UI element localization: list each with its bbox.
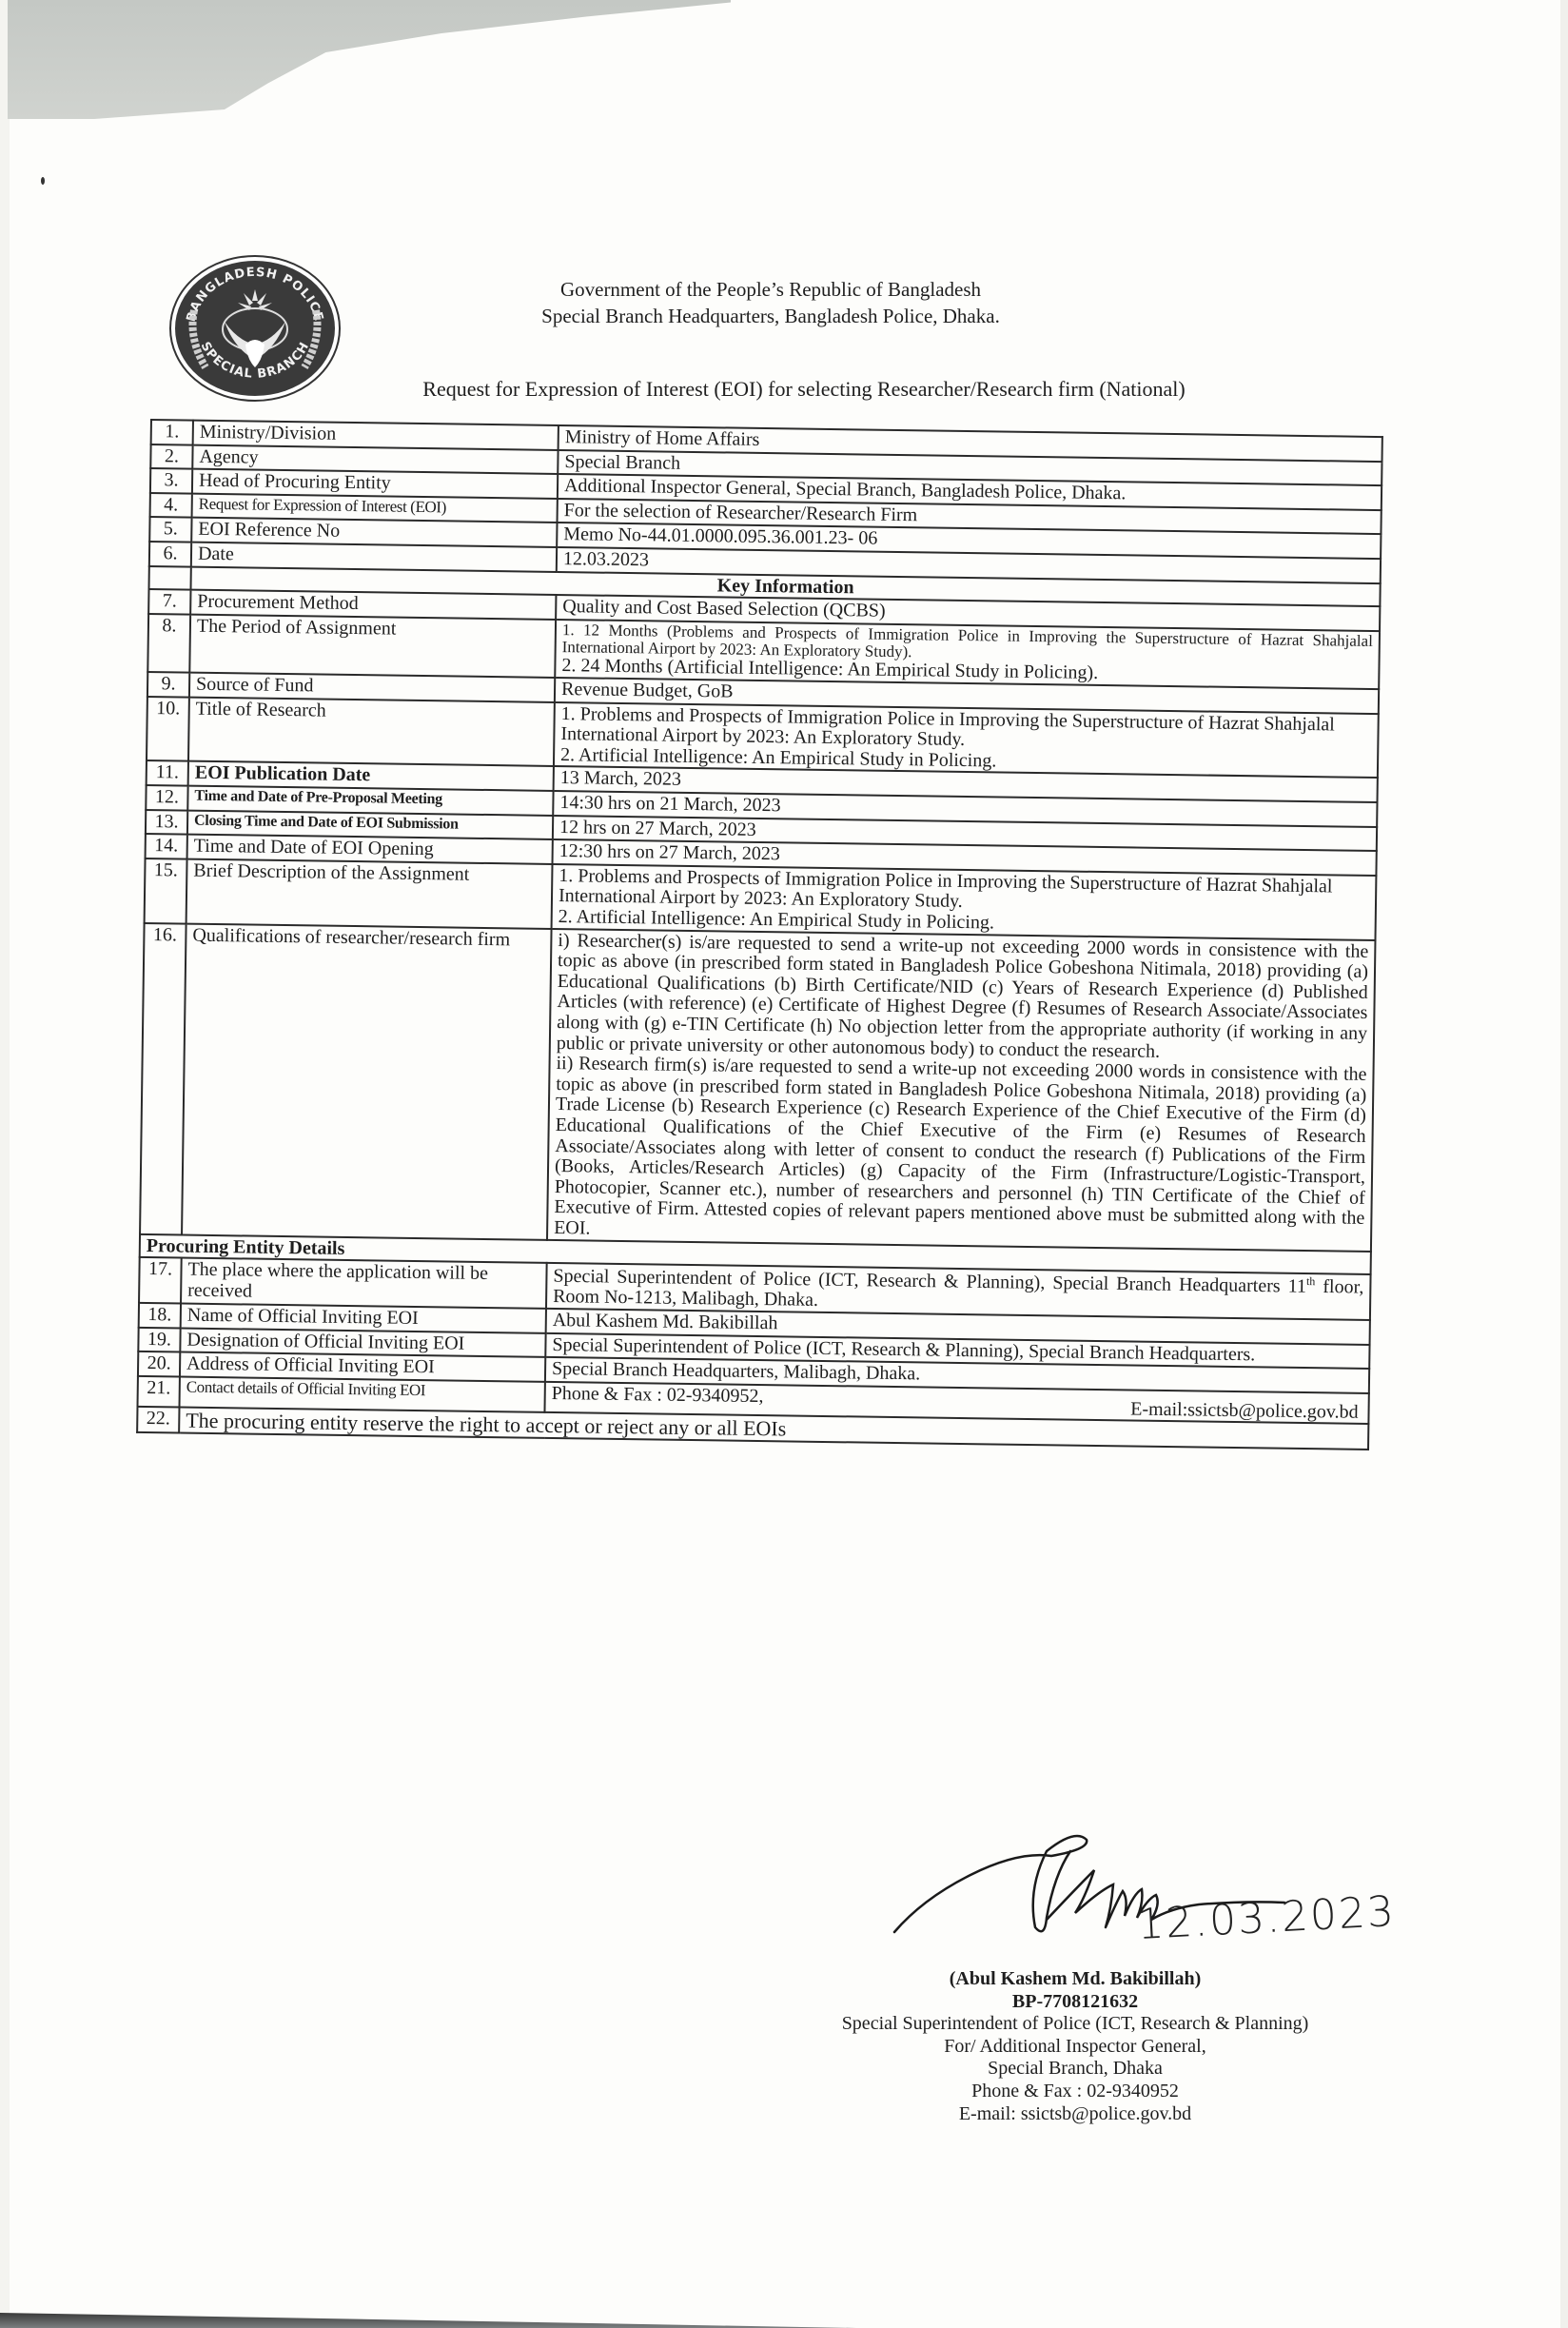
header-office: Special Branch Headquarters, Bangladesh …	[343, 305, 1199, 328]
row-number: 3.	[150, 468, 192, 493]
row-number: 15.	[145, 858, 187, 923]
firm-qualifications: ii) Research firm(s) is/are requested to…	[554, 1054, 1367, 1250]
scan-shadow-top	[8, 0, 731, 119]
row-label: Brief Description of the Assignment	[186, 858, 553, 928]
row-label: The Period of Assignment	[189, 614, 556, 678]
row-number: 19.	[138, 1327, 180, 1351]
row-number: 8.	[147, 614, 190, 673]
row-number: 11.	[147, 760, 188, 785]
signatory-bp-number: BP-7708121632	[723, 1991, 1427, 2014]
row-number: 18.	[139, 1303, 181, 1328]
signatory-phone: Phone & Fax : 02-9340952	[723, 2081, 1427, 2103]
row-number: 13.	[146, 810, 187, 835]
researcher-qualifications: i) Researcher(s) is/are requested to sen…	[557, 931, 1369, 1065]
scan-edge-left	[0, 0, 10, 2328]
contact-email[interactable]: E-mail:ssictsb@police.gov.bd	[1130, 1391, 1362, 1423]
row-label: Qualifications of researcher/research fi…	[182, 923, 552, 1239]
row-number: 7.	[148, 589, 190, 614]
row-number: 22.	[137, 1407, 179, 1432]
row-number: 6.	[149, 542, 191, 566]
header-government: Government of the People’s Republic of B…	[343, 278, 1199, 302]
scan-edge-right	[1560, 0, 1568, 2328]
row-value: i) Researcher(s) is/are requested to sen…	[547, 929, 1375, 1252]
row-number: 21.	[138, 1376, 180, 1408]
ordinal-suffix: th	[1306, 1274, 1316, 1288]
row-value: 1. Problems and Prospects of Immigration…	[552, 864, 1377, 940]
scan-speck	[41, 177, 45, 185]
signatory-office: Special Branch, Dhaka	[723, 2058, 1427, 2081]
signatory-for-line: For/ Additional Inspector General,	[723, 2036, 1427, 2059]
signatory-email[interactable]: E-mail: ssictsb@police.gov.bd	[723, 2103, 1427, 2126]
row-number: 4.	[150, 493, 192, 518]
scan-shadow-bottom	[0, 2313, 856, 2328]
document-title: Request for Expression of Interest (EOI)…	[285, 377, 1323, 402]
eoi-table: 1.Ministry/DivisionMinistry of Home Affa…	[136, 419, 1383, 1450]
row-number: 12.	[146, 785, 187, 810]
row-number: 20.	[138, 1351, 180, 1376]
table-row: 16. Qualifications of researcher/researc…	[140, 923, 1375, 1252]
contact-phone: Phone & Fax : 02-9340952,	[551, 1384, 763, 1415]
row-number: 2.	[150, 444, 192, 469]
row-label: Contact details of Official Inviting EOI	[179, 1376, 544, 1412]
row-number: 5.	[149, 517, 191, 542]
row-number: 9.	[147, 672, 189, 697]
signatory-name: (Abul Kashem Md. Bakibillah)	[723, 1968, 1427, 1991]
signatory-designation: Special Superintendent of Police (ICT, R…	[723, 2013, 1427, 2036]
row-number: 1.	[151, 420, 193, 444]
row-number: 16.	[140, 923, 186, 1234]
signature-block: (Abul Kashem Md. Bakibillah) BP-77081216…	[723, 1968, 1427, 2125]
row-label: Title of Research	[188, 697, 555, 766]
row-label: The place where the application will be …	[181, 1258, 547, 1309]
row-value: 1. Problems and Prospects of Immigration…	[554, 702, 1379, 779]
row-number: 17.	[139, 1257, 182, 1303]
row-number: 10.	[147, 697, 189, 761]
row-number: 14.	[146, 834, 187, 858]
